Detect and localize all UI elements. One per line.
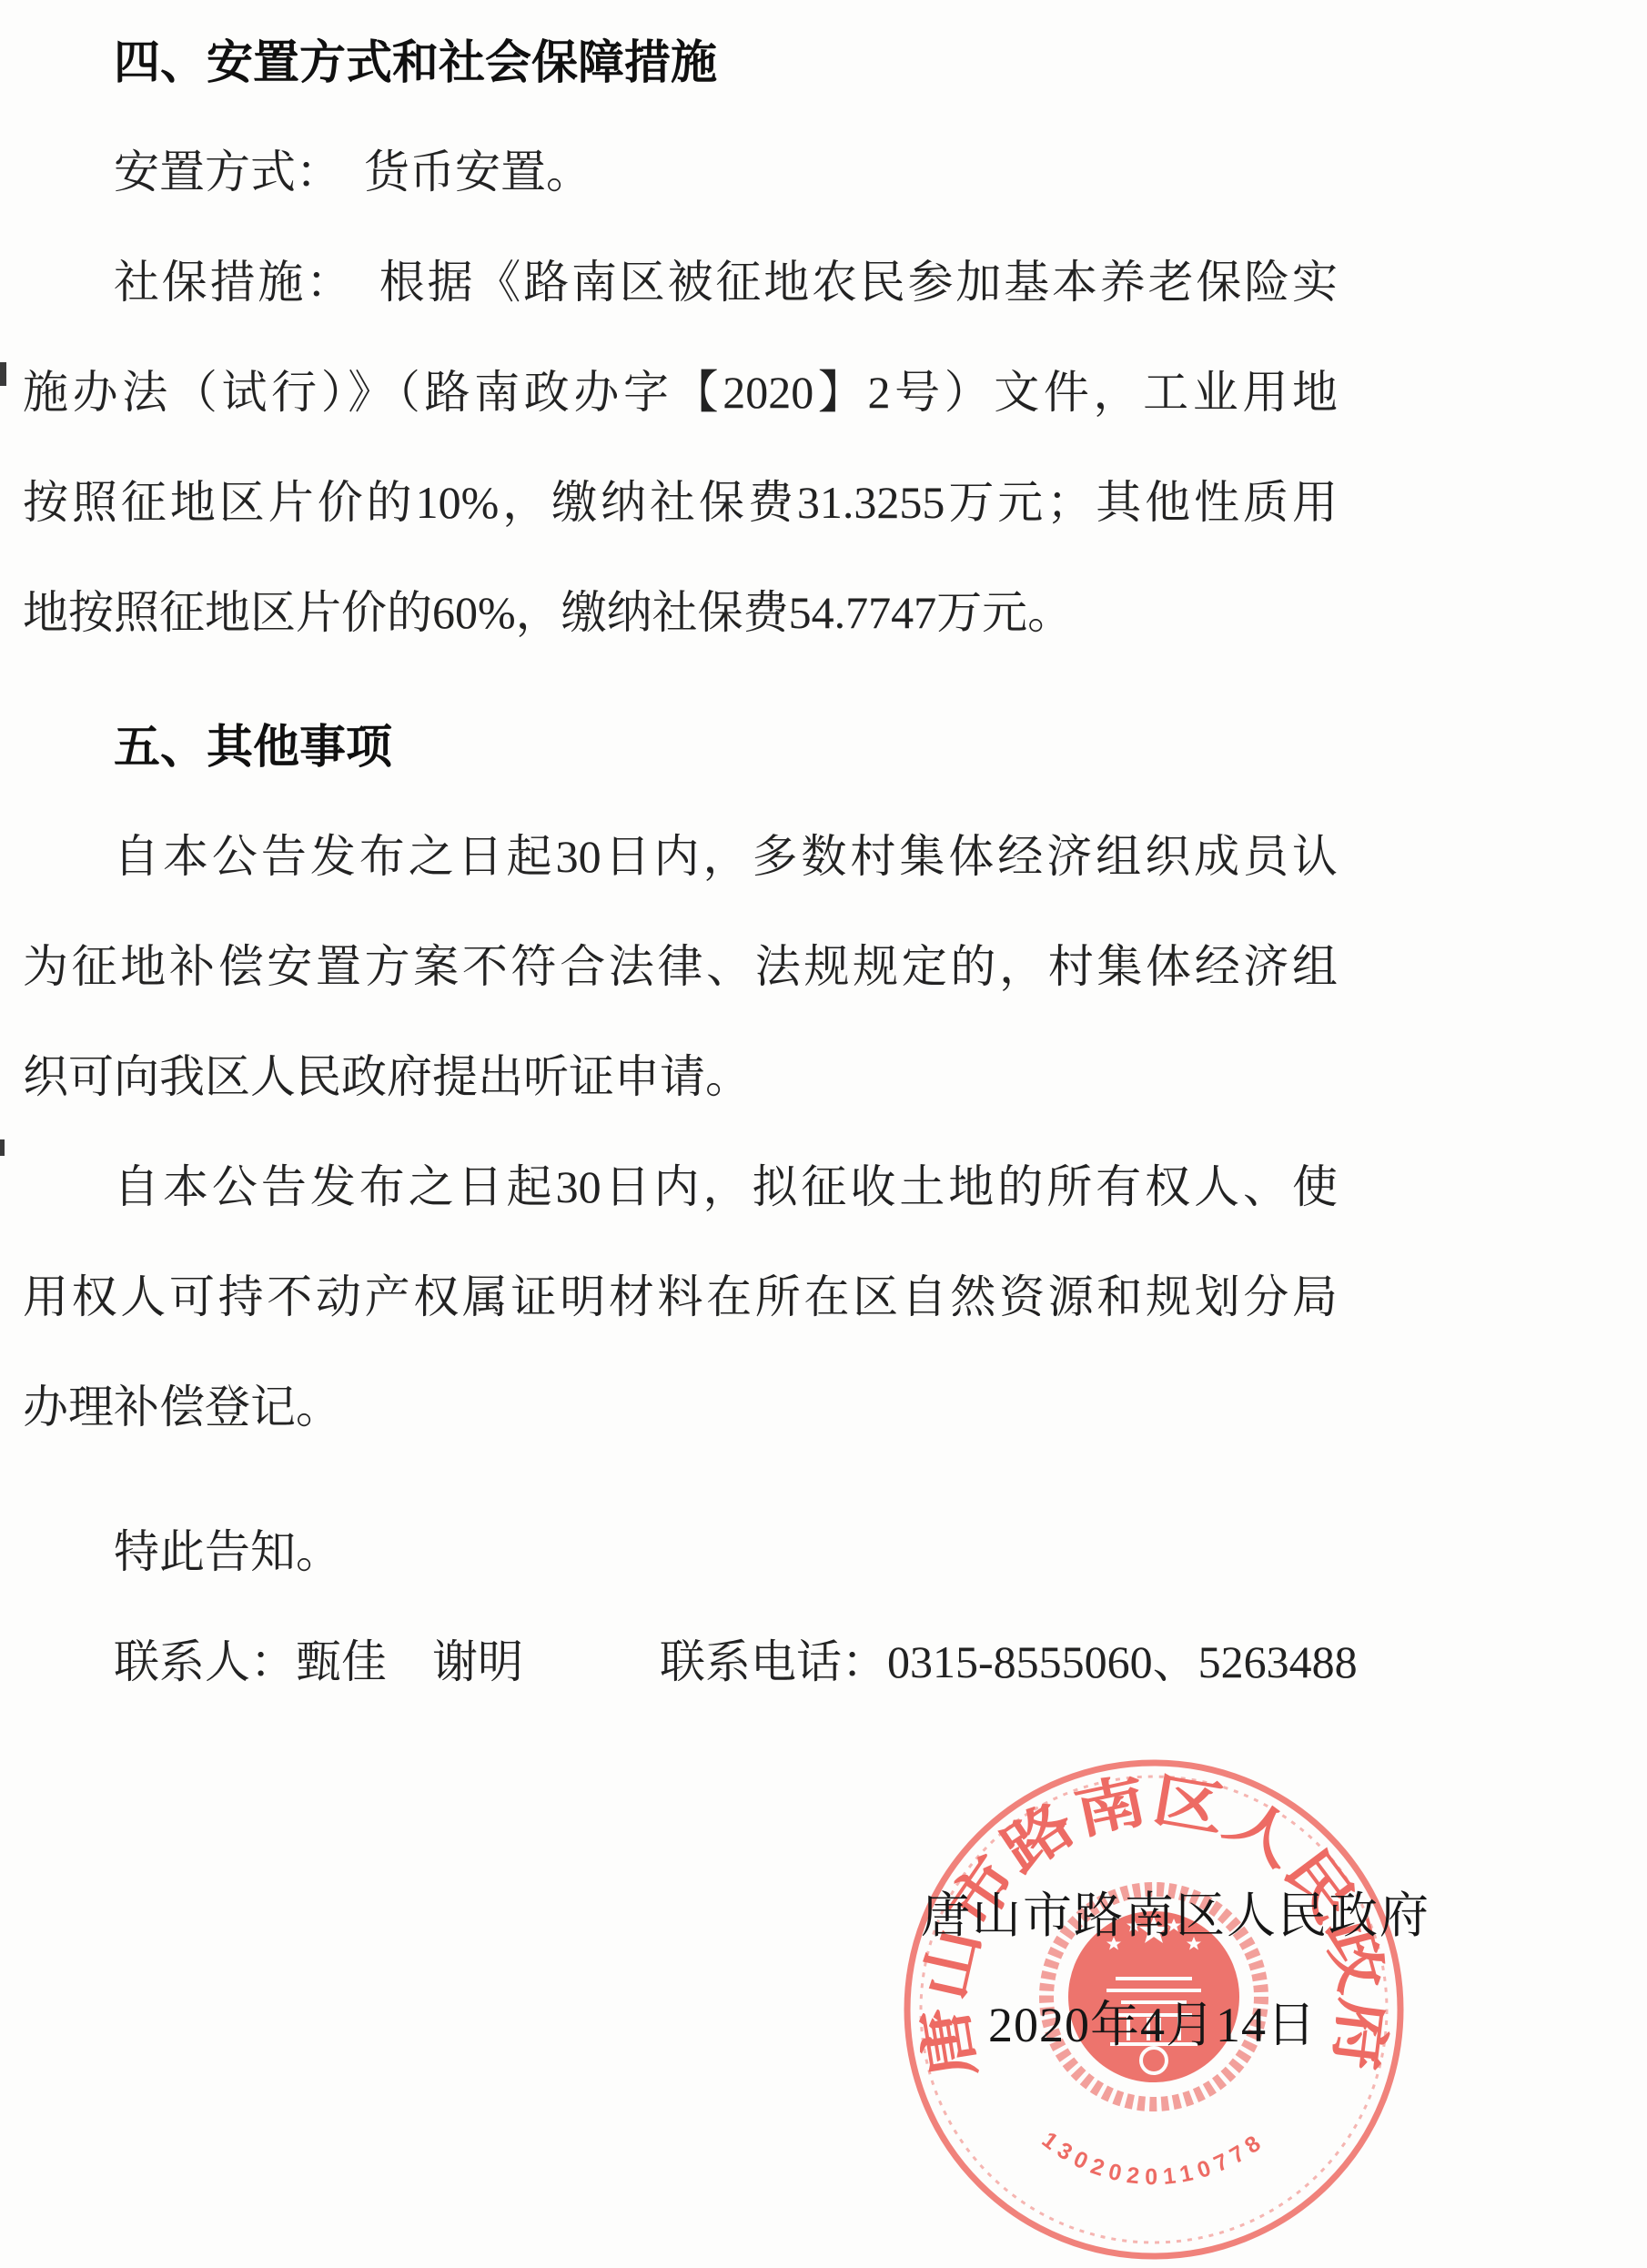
section-4-heading: 四、安置方式和社会保障措施 — [23, 7, 1338, 117]
issuer-signature: 唐山市路南区人民政府 — [921, 1891, 1430, 1940]
scan-artifact — [0, 362, 6, 386]
registration-para-line-2: 用权人可持不动产权属证明材料在所在区自然资源和规划分局 — [23, 1242, 1338, 1352]
section-5-heading: 五、其他事项 — [23, 692, 1338, 802]
social-security-line-2: 施办法（试行）》（路南政办字【2020】2号）文件，工业用地 — [23, 338, 1338, 448]
hearing-para-line-3: 织可向我区人民政府提出听证申请。 — [23, 1022, 1338, 1132]
social-security-line-3: 按照征地区片价的10%，缴纳社保费31.3255万元；其他性质用 — [23, 448, 1338, 558]
notice-body: 四、安置方式和社会保障措施 安置方式： 货币安置。 社保措施： 根据《路南区被征… — [23, 7, 1338, 1717]
social-security-line-1: 社保措施： 根据《路南区被征地农民参加基本养老保险实 — [23, 228, 1338, 338]
contact-line: 联系人：甄佳 谢明 联系电话：0315-8555060、5263488 — [23, 1607, 1338, 1717]
scanned-notice-page: 四、安置方式和社会保障措施 安置方式： 货币安置。 社保措施： 根据《路南区被征… — [0, 0, 1647, 2268]
registration-para-line-3: 办理补偿登记。 — [23, 1352, 1338, 1463]
scan-artifact — [0, 1139, 5, 1156]
resettlement-method-line: 安置方式： 货币安置。 — [23, 117, 1338, 228]
hearing-para-line-2: 为征地补偿安置方案不符合法律、法规规定的，村集体经济组 — [23, 912, 1338, 1022]
social-security-line-4: 地按照征地区片价的60%，缴纳社保费54.7747万元。 — [23, 558, 1338, 668]
registration-para-line-1: 自本公告发布之日起30日内，拟征收土地的所有权人、使 — [23, 1132, 1338, 1242]
seal-serial-number: 1302020110778 — [1037, 2127, 1270, 2190]
closing-line: 特此告知。 — [23, 1497, 1338, 1607]
hearing-para-line-1: 自本公告发布之日起30日内，多数村集体经济组织成员认 — [23, 802, 1338, 912]
signature-date: 2020年4月14日 — [988, 2000, 1317, 2050]
